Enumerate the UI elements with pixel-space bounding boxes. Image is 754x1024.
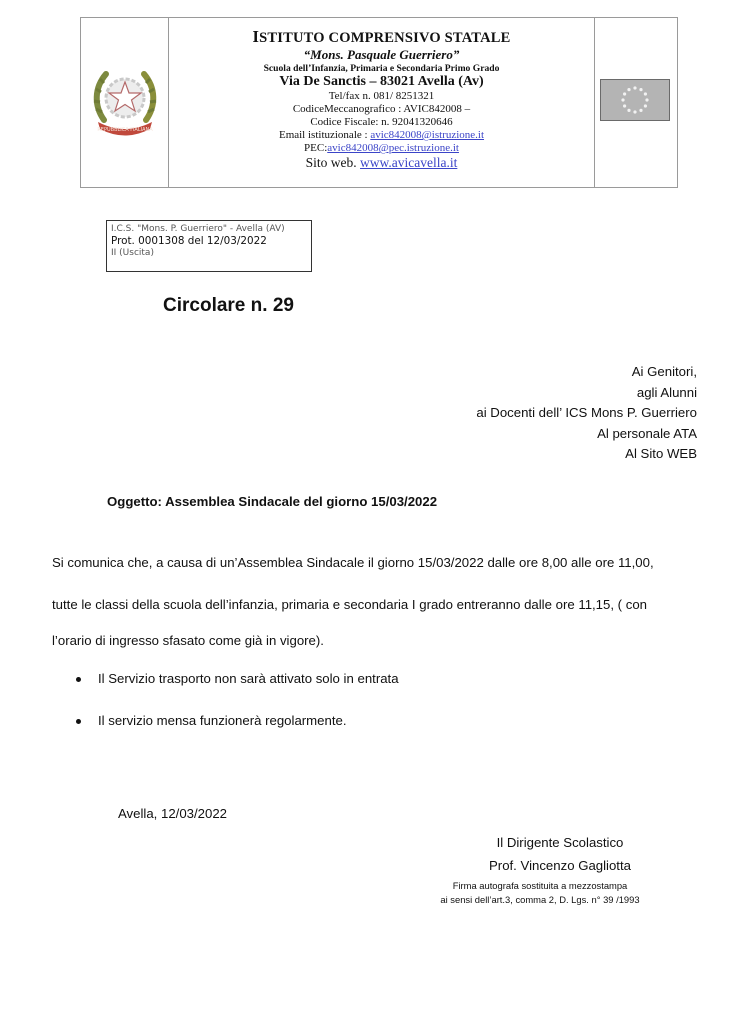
- body-line: l’orario di ingresso sfasato come già in…: [52, 633, 324, 648]
- recipients: Ai Genitori, agli Alunni ai Docenti dell…: [476, 362, 697, 465]
- european-union-flag-icon: [600, 79, 670, 121]
- circular-title: Circolare n. 29: [163, 295, 294, 317]
- recipient: agli Alunni: [476, 383, 697, 404]
- institution-type: ISTITUTO COMPRENSIVO STATALE: [169, 29, 594, 46]
- protocol-direction: II (Uscita): [111, 248, 307, 259]
- svg-text:REPUBBLICA ITALIANA: REPUBBLICA ITALIANA: [97, 127, 153, 133]
- phone-fax: Tel/fax n. 081/ 8251321: [169, 91, 594, 102]
- protocol-institution: I.C.S. "Mons. P. Guerriero" - Avella (AV…: [111, 224, 307, 235]
- tax-code: Codice Fiscale: n. 92041320646: [169, 117, 594, 128]
- body-line: Si comunica che, a causa di un’Assemblea…: [52, 555, 654, 570]
- letterhead: REPUBBLICA ITALIANA ISTITUTO COMPRENSIVO…: [80, 17, 678, 188]
- website-line: Sito web. www.avicavella.it: [169, 156, 594, 170]
- italian-republic-emblem-icon: REPUBBLICA ITALIANA: [92, 62, 158, 143]
- list-item: Il servizio mensa funzionerà regolarment…: [76, 713, 399, 755]
- website-link[interactable]: www.avicavella.it: [360, 155, 457, 170]
- subject-line: Oggetto: Assemblea Sindacale del giorno …: [107, 494, 437, 509]
- recipient: Ai Genitori,: [476, 362, 697, 383]
- pec-line: PEC:avic842008@pec.istruzione.it: [169, 143, 594, 154]
- institution-info: ISTITUTO COMPRENSIVO STATALE “Mons. Pasq…: [169, 18, 595, 187]
- emblem-cell: REPUBBLICA ITALIANA: [81, 18, 169, 187]
- protocol-stamp: I.C.S. "Mons. P. Guerriero" - Avella (AV…: [106, 220, 312, 272]
- email-link[interactable]: avic842008@istruzione.it: [370, 129, 484, 141]
- school-address: Via De Sanctis – 83021 Avella (Av): [169, 75, 594, 89]
- protocol-number: Prot. 0001308 del 12/03/2022: [111, 235, 307, 248]
- school-name: “Mons. Pasquale Guerriero”: [169, 48, 594, 61]
- recipient: Al Sito WEB: [476, 444, 697, 465]
- bullet-icon: [76, 677, 81, 682]
- list-item: Il Servizio trasporto non sarà attivato …: [76, 671, 399, 713]
- school-levels: Scuola dell’Infanzia, Primaria e Seconda…: [169, 64, 594, 74]
- pec-link[interactable]: avic842008@pec.istruzione.it: [327, 142, 459, 154]
- bullet-list: Il Servizio trasporto non sarà attivato …: [76, 671, 399, 755]
- place-date: Avella, 12/03/2022: [118, 806, 227, 821]
- bullet-icon: [76, 719, 81, 724]
- signatory-role: Il Dirigente Scolastico: [460, 835, 660, 850]
- recipient: Al personale ATA: [476, 424, 697, 445]
- body-line: tutte le classi della scuola dell’infanz…: [52, 597, 647, 612]
- recipient: ai Docenti dell’ ICS Mons P. Guerriero: [476, 403, 697, 424]
- signature-note: Firma autografa sostituita a mezzostampa…: [410, 879, 670, 907]
- flag-cell: [595, 18, 677, 187]
- signatory-name: Prof. Vincenzo Gagliotta: [460, 858, 660, 873]
- email-line: Email istituzionale : avic842008@istruzi…: [169, 130, 594, 141]
- mechanographic-code: CodiceMeccanografico : AVIC842008 –: [169, 104, 594, 115]
